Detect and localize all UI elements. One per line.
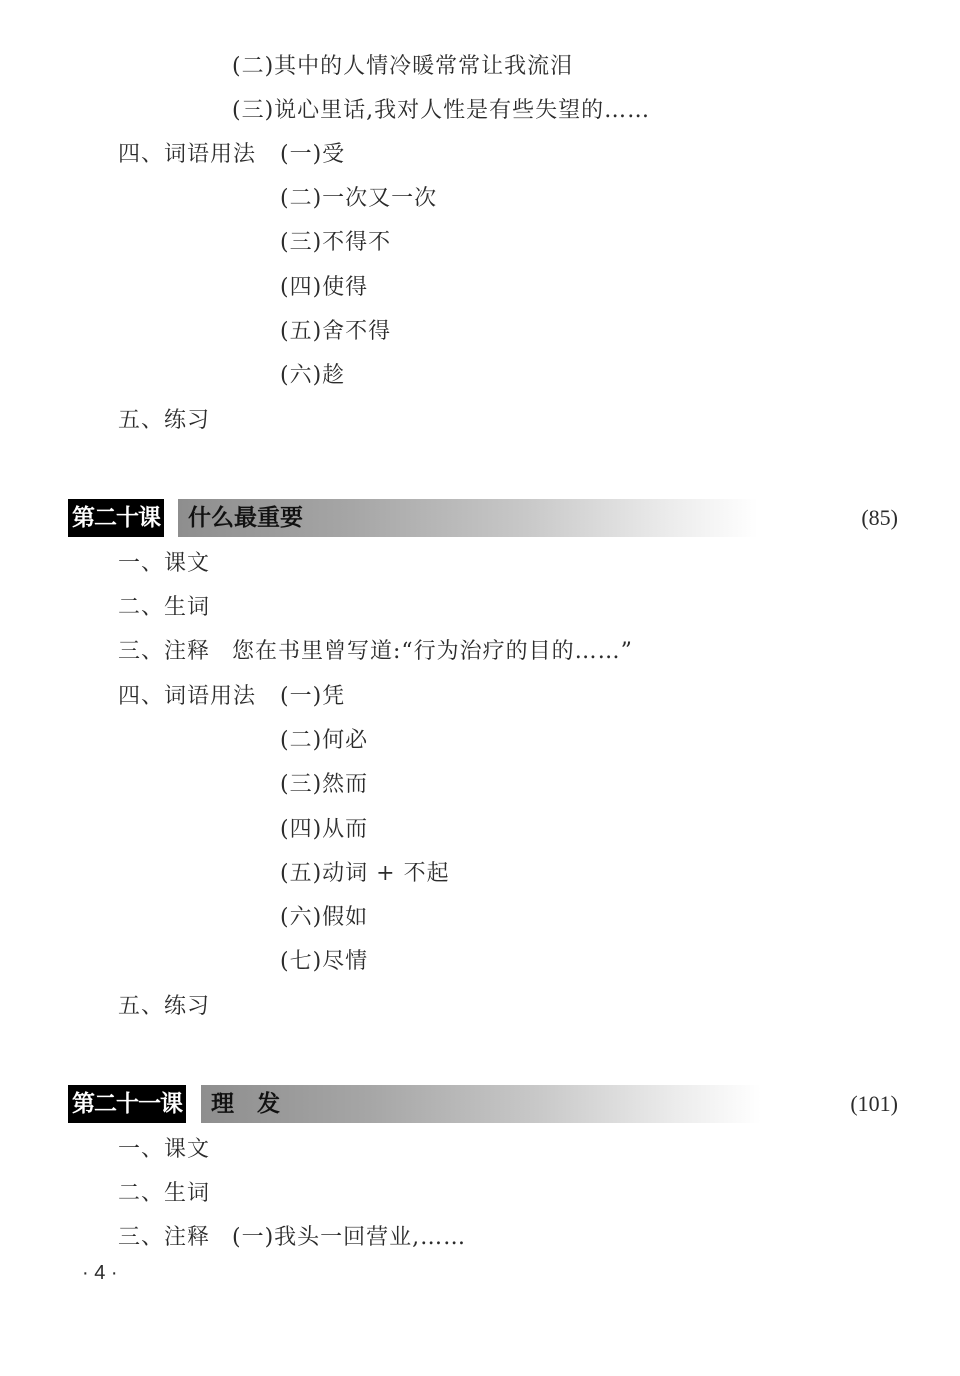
lesson-number: 第二十课 (68, 499, 164, 537)
word-usage-item: (六)趁 (280, 361, 345, 391)
word-usage-item: (五)舍不得 (280, 317, 391, 347)
word-usage-item: (一)凭 (280, 682, 345, 712)
lesson-page-number: (85) (861, 499, 898, 537)
note-item: 您在书里曾写道:“行为治疗的目的……” (232, 637, 633, 667)
note-item: (一)我头一回营业,…… (232, 1223, 466, 1253)
word-usage-item: (三)不得不 (280, 228, 391, 258)
section-exercises: 五、练习 (118, 992, 210, 1022)
section-text: 一、课文 (118, 549, 210, 579)
lesson-title-bar: 理 发 (201, 1085, 761, 1123)
lesson-page-number: (101) (850, 1085, 898, 1123)
note-item: (二)其中的人情冷暖常常让我流泪 (232, 52, 573, 82)
section-notes-label: 三、注释 (118, 637, 210, 667)
lesson-title: 什么最重要 (188, 499, 303, 537)
word-usage-item: (四)从而 (280, 815, 368, 845)
word-usage-item: (一)受 (280, 140, 345, 170)
lesson-header-20: 第二十课 什么最重要 (85) (68, 499, 898, 537)
note-item: (三)说心里话,我对人性是有些失望的…… (232, 96, 650, 126)
lesson-title-bar: 什么最重要 (178, 499, 758, 537)
section-exercises: 五、练习 (118, 406, 210, 436)
section-vocab: 二、生词 (118, 593, 210, 623)
section-word-usage-label: 四、词语用法 (118, 682, 256, 712)
word-usage-item: (四)使得 (280, 273, 368, 303)
word-usage-item: (二)一次又一次 (280, 184, 437, 214)
section-notes-label: 三、注释 (118, 1223, 210, 1253)
section-word-usage-label: 四、词语用法 (118, 140, 256, 170)
word-usage-item: (三)然而 (280, 770, 368, 800)
section-vocab: 二、生词 (118, 1179, 210, 1209)
word-usage-item: (二)何必 (280, 726, 368, 756)
lesson-title: 理 发 (211, 1085, 280, 1123)
page-number: · 4 · (82, 1262, 118, 1285)
word-usage-item: (七)尽情 (280, 947, 368, 977)
word-usage-item: (六)假如 (280, 903, 368, 933)
word-usage-item: (五)动词 + 不起 (280, 859, 450, 889)
section-text: 一、课文 (118, 1135, 210, 1165)
lesson-number: 第二十一课 (68, 1085, 186, 1123)
lesson-header-21: 第二十一课 理 发 (101) (68, 1085, 898, 1123)
